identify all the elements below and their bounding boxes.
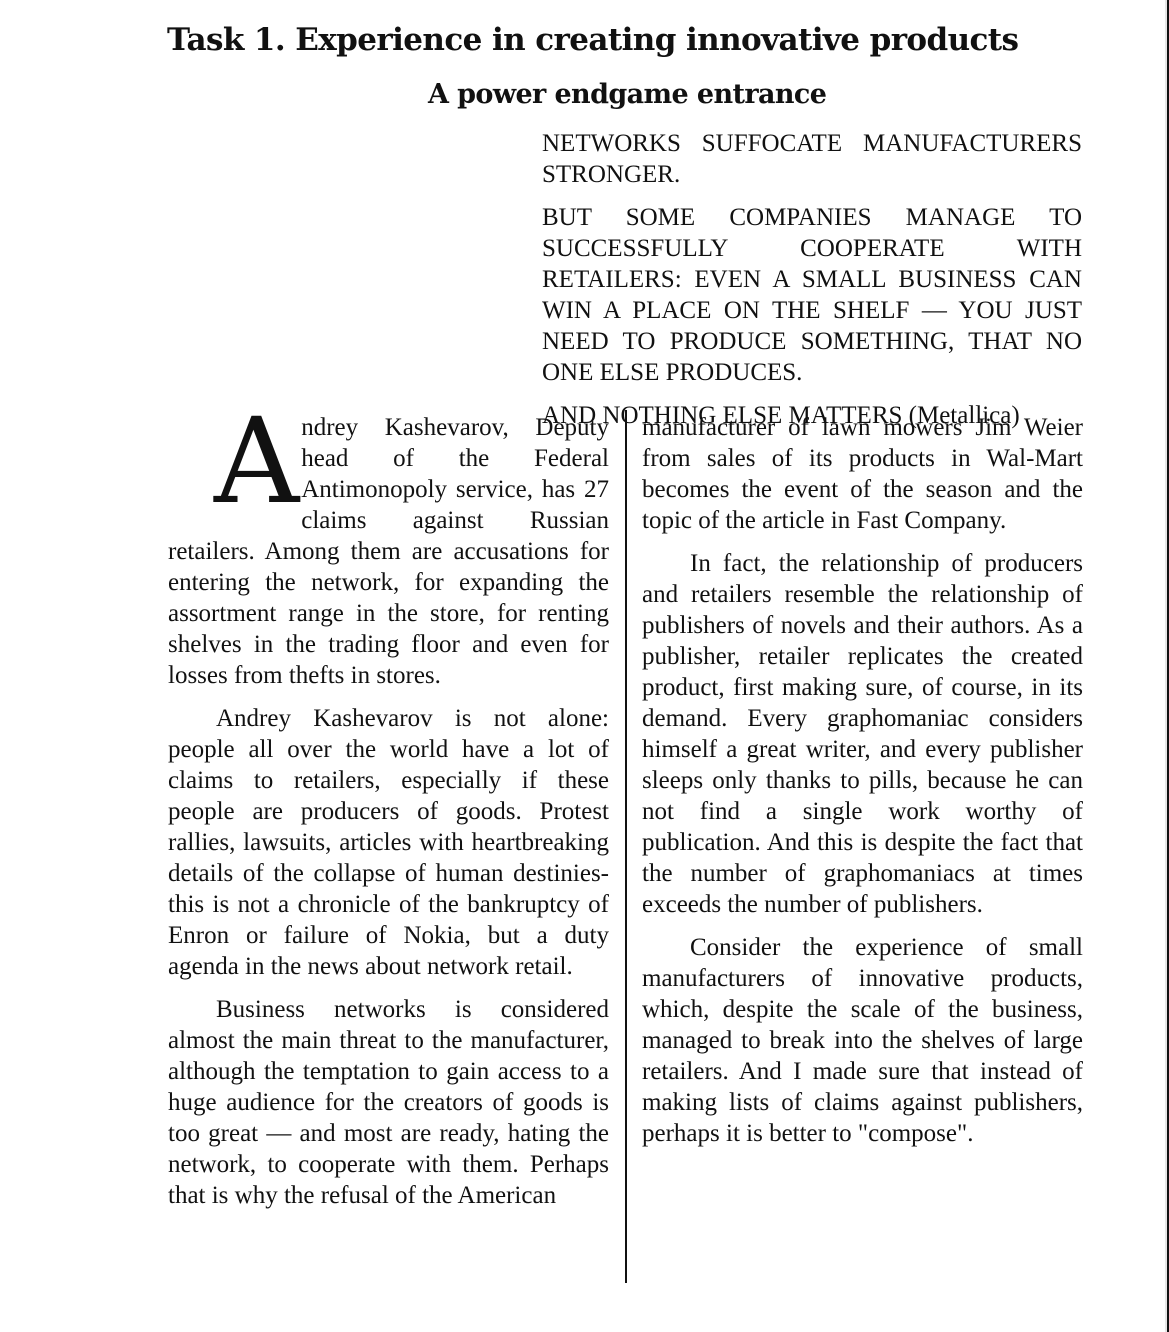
body-paragraph: Business networks is considered almost t… [168, 994, 609, 1211]
body-paragraph: Andrey Kashevarov, Deputy head of the Fe… [168, 412, 609, 691]
lead-paragraph: BUT SOME COMPANIES MANAGE TO SUCCESSFULL… [542, 202, 1082, 388]
body-paragraph: Consider the experience of small manufac… [642, 932, 1083, 1149]
right-column: manufacturer of lawn mowers Jim Weier fr… [642, 412, 1083, 1161]
body-paragraph: In fact, the relationship of producers a… [642, 548, 1083, 920]
body-paragraph-continued: manufacturer of lawn mowers Jim Weier fr… [642, 412, 1083, 536]
left-column: Andrey Kashevarov, Deputy head of the Fe… [168, 412, 609, 1223]
task-title: Task 1. Experience in creating innovativ… [167, 18, 1018, 62]
drop-cap: A [214, 418, 299, 508]
article-title: A power endgame entrance [428, 76, 826, 114]
lead-paragraph: NETWORKS SUFFOCATE MANUFACTURERS STRONGE… [542, 128, 1082, 190]
body-paragraph: Andrey Kashevarov is not alone: people a… [168, 703, 609, 982]
article-lead: NETWORKS SUFFOCATE MANUFACTURERS STRONGE… [542, 128, 1082, 443]
column-divider [625, 410, 627, 1283]
